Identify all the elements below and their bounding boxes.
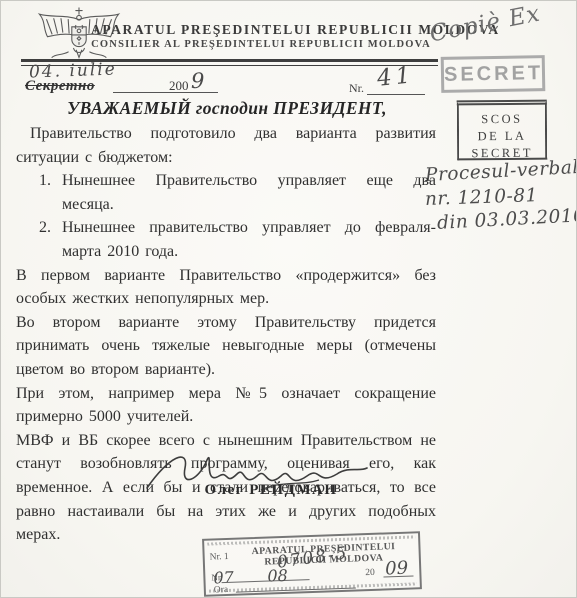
handwritten-procesul-line1: Procesul-verbal (425, 157, 577, 186)
scos-de-la-secret-stamp: SCOS DE LA SECRET (457, 100, 548, 161)
nr-label: Nr. (349, 81, 364, 96)
list-text-2: Нынешнее правительство управляет до февр… (62, 219, 436, 260)
stamp-handwritten-month: 08 (267, 566, 288, 586)
list-text-1: Нынешнее Правительство управляет еще два… (62, 172, 436, 213)
list-number-1: 1. (39, 169, 51, 193)
signer-name: Олег РЕЙДМАН (156, 482, 386, 499)
secret-label-struck: Секретно (25, 78, 95, 95)
salutation: УВАЖАЕМЫЙ господин ПРЕЗИДЕНТ, (31, 98, 423, 119)
printed-year-prefix: 200 (169, 78, 189, 94)
paragraph-variant2: Во втором варианте этому Правительству п… (16, 311, 436, 382)
scos-stamp-line2: DE LA (459, 128, 545, 146)
handwritten-procesul-line3: din 03.03.2010 (437, 205, 577, 234)
secret-stamp: SECRET (441, 55, 546, 93)
stamp-handwritten-year: 09 (385, 558, 409, 580)
scos-stamp-line1: SCOS (459, 111, 545, 129)
stamp-nr1: Nr. 1 (210, 552, 229, 563)
list-item-1: 1. Нынешнее Правительство управляет еще … (16, 169, 436, 216)
letterhead-line2: CONSILIER AL PREŞEDINTELUI REPUBLICII MO… (91, 39, 431, 50)
stamp-printed-year: 20 (365, 568, 375, 578)
handwritten-document-number: 41 (376, 62, 416, 92)
registration-stamp: Nr. 1 APARATUL PREŞEDINTELUI REPUBLICII … (202, 531, 422, 597)
list-number-2: 2. (39, 216, 51, 240)
handwritten-copie-note: Copiè Ex (428, 1, 543, 48)
nr-underline (367, 94, 425, 95)
letterhead-line1: APARATUL PREŞEDINTELUI REPUBLICII MOLDOV… (91, 22, 431, 38)
stamp-microtext-bottom (209, 582, 417, 592)
paragraph-measure5: При этом, например мера №5 означает сокр… (16, 382, 436, 429)
list-item-2: 2. Нынешнее правительство управляет до ф… (16, 216, 436, 263)
paragraph-variant1: В первом варианте Правительство «продерж… (16, 264, 436, 311)
scanned-letter-page: APARATUL PREŞEDINTELUI REPUBLICII MOLDOV… (0, 0, 577, 598)
handwritten-procesul-line2: nr. 1210-81 (425, 185, 539, 210)
paragraph-intro: Правительство подготовило два варианта р… (16, 122, 436, 169)
handwritten-year-digit: 9 (191, 69, 204, 93)
